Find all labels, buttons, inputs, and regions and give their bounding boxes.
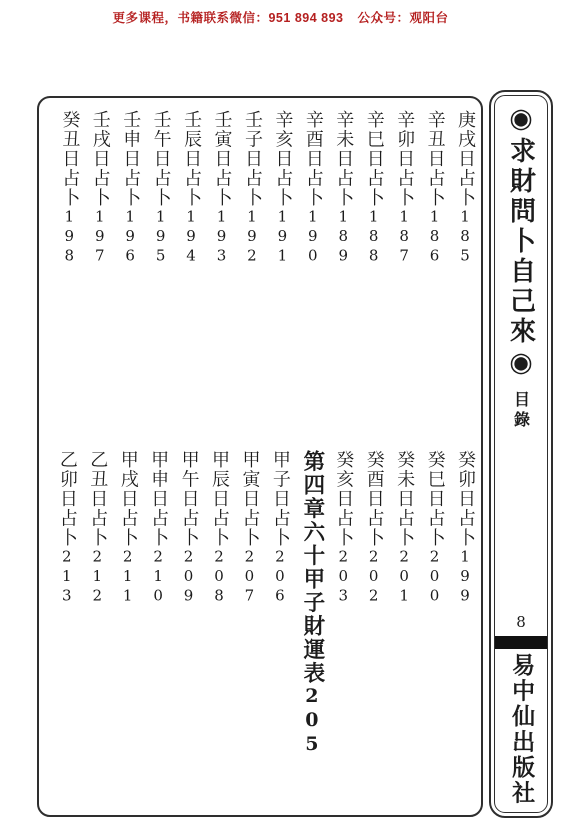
toc-entry-page: 187 [395, 208, 413, 267]
toc-list-top: 庚戌日占卜185 辛丑日占卜186 辛卯日占卜187 辛巳日占卜188 辛未日占… [49, 110, 475, 270]
toc-entry-label: 壬辰日占卜 [181, 110, 202, 208]
bullseye-icon: ◉ [506, 103, 537, 137]
toc-entry: 癸巳日占卜200 [425, 450, 444, 790]
toc-entry-label: 甲子日占卜 [270, 450, 291, 548]
publisher-name: 易中仙出版社 [509, 653, 533, 806]
toc-entry: 壬寅日占卜193 [212, 110, 231, 270]
toc-entry-page: 207 [240, 548, 258, 607]
toc-entry-page: 193 [213, 208, 231, 267]
toc-entry-label: 辛卯日占卜 [394, 110, 415, 208]
toc-entry-label: 乙卯日占卜 [57, 450, 78, 548]
toc-entry-page: 189 [334, 208, 352, 267]
toc-entry-label: 庚戌日占卜 [455, 110, 476, 208]
toc-entry-page: 213 [58, 548, 76, 607]
toc-content-box: 庚戌日占卜185 辛丑日占卜186 辛卯日占卜187 辛巳日占卜188 辛未日占… [37, 96, 483, 817]
toc-entry-label: 甲申日占卜 [148, 450, 169, 548]
toc-entry-label: 癸巳日占卜 [425, 450, 446, 548]
toc-entry-page: 199 [456, 548, 474, 607]
toc-entry: 乙丑日占卜212 [88, 450, 107, 790]
toc-entry-page: 192 [243, 208, 261, 267]
toc-entry: 癸丑日占卜198 [60, 110, 79, 270]
toc-entry-page: 196 [121, 208, 139, 267]
toc-entry-label: 癸丑日占卜 [59, 110, 80, 208]
toc-list-bottom: 癸卯日占卜199 癸巳日占卜200 癸未日占卜201 癸酉日占卜202 癸亥日占… [49, 450, 475, 790]
toc-entry-page: 197 [91, 208, 109, 267]
promo-account-text: 公众号：观阳台 [358, 11, 449, 25]
toc-entry-label: 第四章六十甲子財運表 [300, 450, 325, 685]
toc-entry-label: 辛酉日占卜 [303, 110, 324, 208]
toc-entry-page: 195 [152, 208, 170, 267]
toc-entry: 壬申日占卜196 [121, 110, 140, 270]
toc-entry-page: 198 [60, 208, 78, 267]
toc-entry: 辛巳日占卜188 [364, 110, 383, 270]
divider-bar [495, 636, 547, 649]
book-title-text: 求財問卜自己來 [506, 137, 536, 347]
toc-entry: 甲寅日占卜207 [240, 450, 259, 790]
toc-entry-label: 甲寅日占卜 [239, 450, 260, 548]
toc-entry-label: 壬午日占卜 [151, 110, 172, 208]
toc-entry-label: 癸亥日占卜 [333, 450, 354, 548]
toc-entry-page: 188 [365, 208, 383, 267]
sidebar-strip: ◉求財問卜自己來◉目錄 8 易中仙出版社 [489, 90, 553, 818]
toc-entry: 癸亥日占卜203 [334, 450, 353, 790]
toc-entry-label: 辛未日占卜 [333, 110, 354, 208]
toc-entry-page: 209 [180, 548, 198, 607]
toc-entry-label: 壬戌日占卜 [90, 110, 111, 208]
toc-entry-label: 壬寅日占卜 [212, 110, 233, 208]
toc-entry-label: 甲辰日占卜 [209, 450, 230, 548]
toc-entry: 庚戌日占卜185 [456, 110, 475, 270]
sidebar-strip-inner: ◉求財問卜自己來◉目錄 8 易中仙出版社 [494, 95, 548, 813]
toc-entry-page: 206 [271, 548, 289, 607]
toc-entry-page: 208 [210, 548, 228, 607]
toc-entry-page: 190 [304, 208, 322, 267]
toc-entry-page: 186 [426, 208, 444, 267]
toc-entry-label: 壬申日占卜 [120, 110, 141, 208]
toc-entry-label: 辛亥日占卜 [272, 110, 293, 208]
toc-entry-page: 194 [182, 208, 200, 267]
page-number: 8 [516, 613, 526, 631]
toc-entry-page: 210 [149, 548, 167, 607]
toc-entry-page: 202 [365, 548, 383, 607]
toc-entry-page: 212 [88, 548, 106, 607]
toc-entry: 壬子日占卜192 [243, 110, 262, 270]
toc-section-label: 目錄 [512, 391, 531, 431]
promo-contact-text: 更多课程，书籍联系微信：951 894 893 [112, 11, 343, 25]
toc-entry-label: 壬子日占卜 [242, 110, 263, 208]
book-title: ◉求財問卜自己來◉目錄 [508, 103, 535, 431]
toc-entry-page: 205 [301, 685, 323, 757]
toc-entry: 辛卯日占卜187 [395, 110, 414, 270]
toc-entry-page: 201 [395, 548, 413, 607]
toc-entry: 壬戌日占卜197 [90, 110, 109, 270]
toc-entry-label: 甲戌日占卜 [118, 450, 139, 548]
toc-entry-label: 辛巳日占卜 [364, 110, 385, 208]
toc-entry: 壬辰日占卜194 [182, 110, 201, 270]
toc-entry-label: 甲午日占卜 [179, 450, 200, 548]
header-promo: 更多课程，书籍联系微信：951 894 893公众号：观阳台 [0, 8, 561, 26]
toc-entry: 甲子日占卜206 [270, 450, 289, 790]
toc-entry: 甲辰日占卜208 [210, 450, 229, 790]
toc-entry: 辛未日占卜189 [334, 110, 353, 270]
toc-entry: 甲午日占卜209 [179, 450, 198, 790]
toc-entry: 辛丑日占卜186 [425, 110, 444, 270]
toc-entry: 甲戌日占卜211 [118, 450, 137, 790]
bullseye-icon: ◉ [506, 347, 537, 381]
toc-entry-page: 211 [119, 548, 137, 607]
toc-entry-label: 乙丑日占卜 [87, 450, 108, 548]
toc-entry: 壬午日占卜195 [151, 110, 170, 270]
toc-entry: 甲申日占卜210 [149, 450, 168, 790]
toc-entry: 癸卯日占卜199 [456, 450, 475, 790]
toc-entry-page: 200 [426, 548, 444, 607]
toc-entry: 乙卯日占卜213 [57, 450, 76, 790]
toc-entry: 辛酉日占卜190 [303, 110, 322, 270]
toc-entry: 第四章六十甲子財運表205 [301, 450, 323, 790]
toc-entry-label: 癸未日占卜 [394, 450, 415, 548]
toc-entry-label: 癸酉日占卜 [364, 450, 385, 548]
toc-entry-label: 癸卯日占卜 [455, 450, 476, 548]
toc-entry-page: 185 [456, 208, 474, 267]
toc-entry-label: 辛丑日占卜 [425, 110, 446, 208]
toc-entry: 癸酉日占卜202 [364, 450, 383, 790]
toc-entry-page: 191 [273, 208, 291, 267]
toc-entry-page: 203 [334, 548, 352, 607]
toc-entry: 辛亥日占卜191 [273, 110, 292, 270]
toc-entry: 癸未日占卜201 [395, 450, 414, 790]
